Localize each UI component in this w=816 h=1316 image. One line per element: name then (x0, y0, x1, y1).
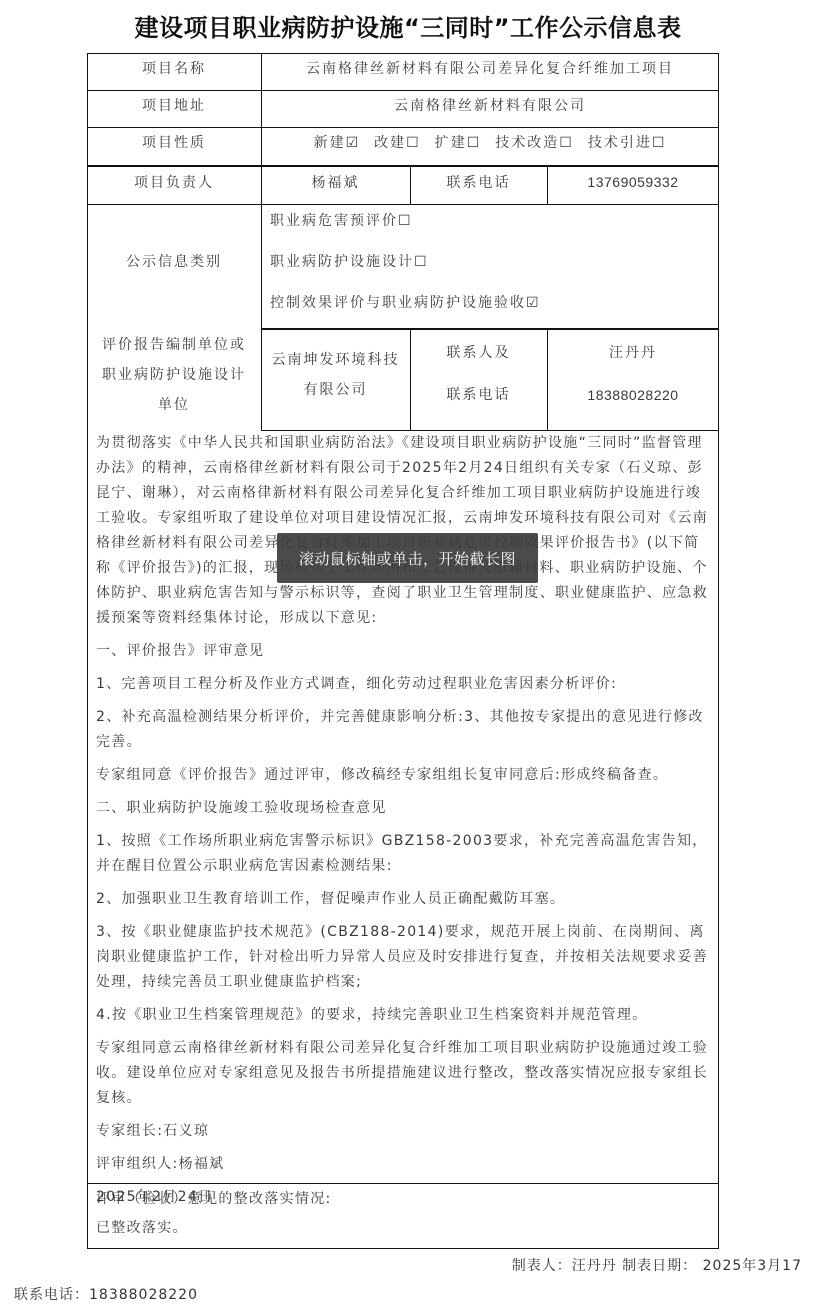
report-unit-label: 评价报告编制单位或 职业病防护设施设计 单位 (87, 330, 261, 420)
option-rebuild[interactable]: 改建☐ (374, 132, 421, 152)
category-control-effect-acceptance[interactable]: 控制效果评价与职业病防护设施验收☑ (270, 292, 541, 312)
project-nature-label: 项目性质 (87, 127, 261, 157)
option-tech-import[interactable]: 技术引进☐ (588, 132, 667, 152)
checkbox-icon[interactable]: ☐ (406, 135, 421, 151)
intro-paragraph: 为贯彻落实《中华人民共和国职业病防治法》《建设项目职业病防护设施“三同时”监督管… (96, 431, 710, 631)
contact-name: 汪丹丹 (609, 332, 657, 374)
checkbox-checked-icon[interactable]: ☑ (526, 295, 541, 311)
project-leader-value: 杨福斌 (261, 165, 410, 199)
section-title: 二、职业病防护设施竣工验收现场检查意见 (96, 796, 710, 821)
report-unit-name: 云南坤发环境科技 有限公司 (261, 340, 410, 410)
disclosure-category-label: 公示信息类别 (87, 246, 261, 276)
leader-phone-label: 联系电话 (410, 165, 547, 199)
organizer: 评审组织人:杨福斌 (96, 1152, 710, 1177)
option-tech-upgrade[interactable]: 技术改造☐ (495, 132, 574, 152)
expert-leader: 专家组长:石义琼 (96, 1119, 710, 1144)
project-address-label: 项目地址 (87, 90, 261, 120)
project-nature-options: 新建☑ 改建☐ 扩建☐ 技术改造☐ 技术引进☐ (261, 127, 719, 157)
rectification-label: 评审（验收）意见的整改落实情况: (96, 1185, 710, 1214)
checkbox-icon[interactable]: ☐ (652, 135, 667, 151)
contact-value: 汪丹丹 18388028220 (547, 332, 719, 416)
contact-label: 联系人及 联系电话 (410, 332, 547, 416)
option-expand[interactable]: 扩建☐ (435, 132, 482, 152)
section-title: 一、评价报告》评审意见 (96, 639, 710, 664)
preparer-info: 制表人：汪丹丹 制表日期： 2025年3月17 (512, 1255, 802, 1275)
divider (87, 204, 719, 205)
contact-phone: 18388028220 (587, 374, 678, 416)
opinion-item: 1、按照《工作场所职业病危害警示标识》GBZ158-2003要求，补充完善高温危… (96, 829, 710, 879)
divider (261, 328, 719, 330)
rectification-value: 已整改落实。 (96, 1214, 710, 1243)
checkbox-icon[interactable]: ☐ (559, 135, 574, 151)
page-title: 建设项目职业病防护设施“三同时”工作公示信息表 (0, 8, 816, 43)
long-screenshot-toast[interactable]: 滚动鼠标轴或单击，开始截长图 (277, 533, 538, 583)
checkbox-icon[interactable]: ☐ (414, 254, 429, 270)
conclusion-paragraph: 专家组同意《评价报告》通过评审，修改稿经专家组组长复审同意后:形成终稿备查。 (96, 763, 710, 788)
project-address-value: 云南格律丝新材料有限公司 (261, 90, 719, 120)
leader-phone-value: 13769059332 (547, 165, 719, 199)
rectification-section: 评审（验收）意见的整改落实情况: 已整改落实。 (96, 1185, 710, 1243)
footer-phone: 联系电话：18388028220 (14, 1284, 198, 1304)
checkbox-checked-icon[interactable]: ☑ (346, 135, 361, 151)
checkbox-icon[interactable]: ☐ (398, 213, 413, 229)
category-pre-evaluation[interactable]: 职业病危害预评价☐ (270, 210, 413, 230)
opinion-item: 2、补充高温检测结果分析评价，并完善健康影响分析:3、其他按专家提出的意见进行修… (96, 705, 710, 755)
checkbox-icon[interactable]: ☐ (467, 135, 482, 151)
project-name-value: 云南格律丝新材料有限公司差异化复合纤维加工项目 (261, 53, 719, 83)
option-new-build[interactable]: 新建☑ (314, 132, 361, 152)
project-leader-label: 项目负责人 (87, 165, 261, 199)
conclusion-paragraph: 专家组同意云南格律丝新材料有限公司差异化复合纤维加工项目职业病防护设施通过竣工验… (96, 1036, 710, 1111)
opinion-item: 4.按《职业卫生档案管理规范》的要求，持续完善职业卫生档案资料并规范管理。 (96, 1003, 710, 1028)
category-facility-design[interactable]: 职业病防护设施设计☐ (270, 251, 429, 271)
project-name-label: 项目名称 (87, 53, 261, 83)
opinion-item: 3、按《职业健康监护技术规范》(CBZ188-2014)要求，规范开展上岗前、在… (96, 920, 710, 995)
opinion-item: 2、加强职业卫生教育培训工作，督促噪声作业人员正确配戴防耳塞。 (96, 887, 710, 912)
opinion-item: 1、完善项目工程分析及作业方式调查，细化劳动过程职业危害因素分析评价: (96, 672, 710, 697)
